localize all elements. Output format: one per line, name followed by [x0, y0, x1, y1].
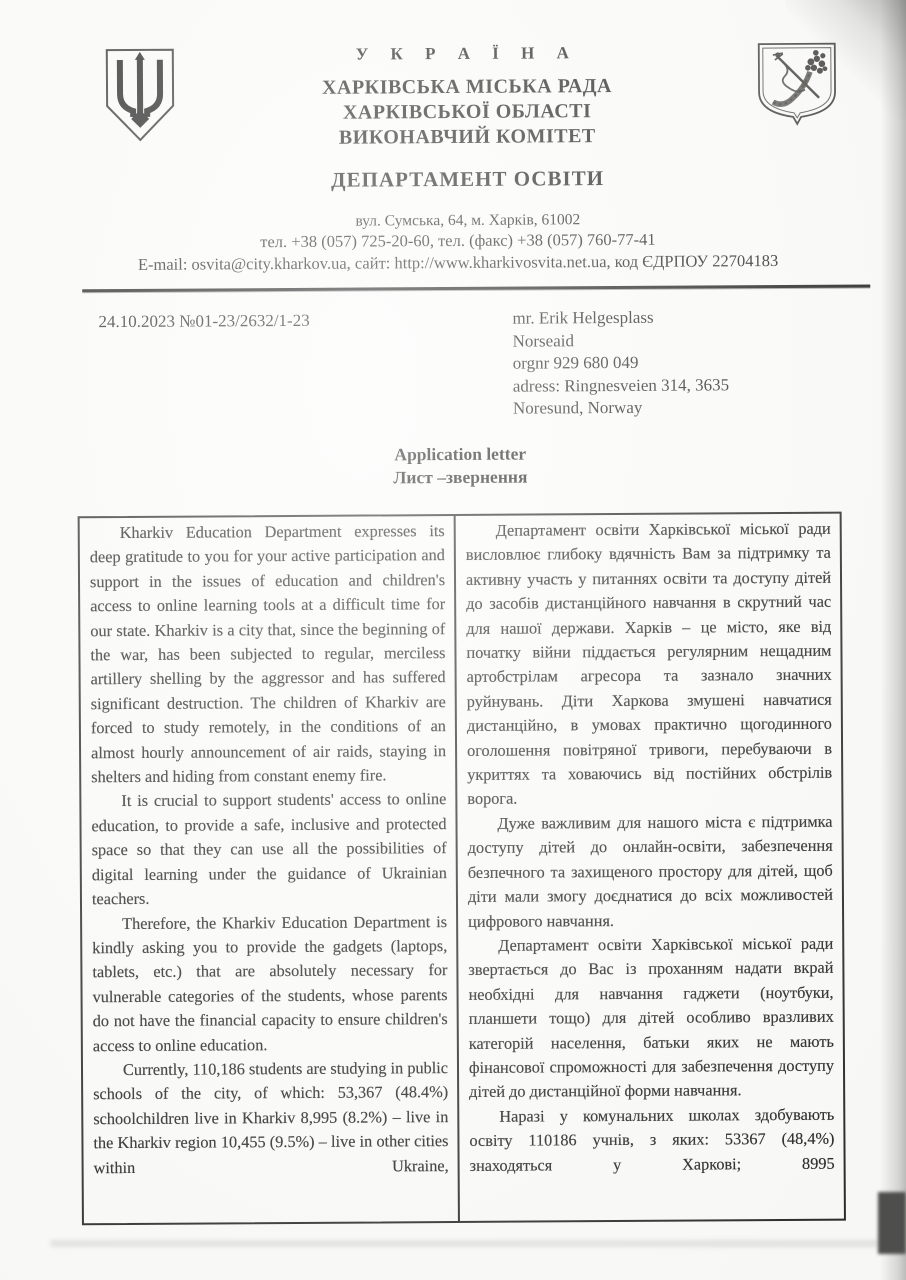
scan-shadow-right-edge	[880, 0, 906, 1280]
english-column: Kharkiv Education Department expresses i…	[80, 516, 460, 1223]
uk-paragraph-3: Департамент освіти Харківської міської р…	[468, 932, 834, 1105]
recipient-name: mr. Erik Helgesplass	[512, 306, 728, 330]
uk-paragraph-1: Департамент освіти Харківської міської р…	[466, 517, 833, 812]
letter-title: Application letter Лист –звернення	[77, 441, 843, 492]
postal-address: вул. Сумська, 64, м. Харків, 61002	[198, 210, 738, 231]
org-name-line1: ХАРКІВСЬКА МІСЬКА РАДА	[197, 74, 737, 100]
en-paragraph-1: Kharkiv Education Department expresses i…	[90, 519, 447, 790]
scanned-letter-page: У К Р А Ї Н А ХАРКІВСЬКА МІСЬКА РАДА ХАР…	[0, 0, 906, 1280]
letterhead-divider	[82, 284, 870, 292]
ukrainian-column: Департамент освіти Харківської міської р…	[456, 514, 844, 1221]
org-name-line3: ВИКОНАВЧИЙ КОМІТЕТ	[197, 124, 737, 150]
phone-line: тел. +38 (057) 725-20-60, тел. (факс) +3…	[58, 229, 858, 254]
email-site-line: E-mail: osvita@city.kharkov.ua, сайт: ht…	[58, 251, 858, 276]
uk-paragraph-4: Наразі у комунальних школах здобувають о…	[469, 1102, 834, 1177]
letterhead: У К Р А Ї Н А ХАРКІВСЬКА МІСЬКА РАДА ХАР…	[196, 0, 737, 232]
recipient-orgnr: orgnr 929 680 049	[513, 351, 729, 375]
bilingual-body-table: Kharkiv Education Department expresses i…	[78, 512, 846, 1226]
letter-title-uk: Лист –звернення	[77, 464, 843, 492]
recipient-address-block: mr. Erik Helgesplass Norseaid orgnr 929 …	[512, 306, 729, 420]
scan-shadow-top-right-corner	[786, 0, 906, 120]
recipient-street: adress: Ringnesveien 314, 3635	[513, 374, 729, 398]
letterhead-contacts: тел. +38 (057) 725-20-60, тел. (факс) +3…	[58, 229, 858, 276]
department-name: ДЕПАРТАМЕНТ ОСВІТИ	[198, 165, 738, 193]
en-paragraph-4: Currently, 110,186 students are studying…	[93, 1056, 449, 1180]
scan-smudge-bottom	[50, 1240, 880, 1247]
scan-content: У К Р А Ї Н А ХАРКІВСЬКА МІСЬКА РАДА ХАР…	[0, 0, 906, 1280]
en-paragraph-2: It is crucial to support students' acces…	[91, 788, 447, 912]
uk-paragraph-2: Дуже важливим для нашого міста є підтрим…	[467, 810, 833, 934]
scan-blot-bottom-right	[878, 1192, 906, 1254]
recipient-org: Norseaid	[512, 329, 728, 353]
en-paragraph-3: Therefore, the Kharkiv Education Departm…	[92, 910, 448, 1059]
date-and-reference-number: 24.10.2023 №01-23/2632/1-23	[98, 311, 309, 332]
country-name: У К Р А Ї Н А	[197, 42, 737, 65]
recipient-country: Noresund, Norway	[513, 396, 729, 420]
org-name-line2: ХАРКІВСЬКОЇ ОБЛАСТІ	[197, 99, 737, 125]
ukraine-trident-icon	[103, 48, 178, 144]
